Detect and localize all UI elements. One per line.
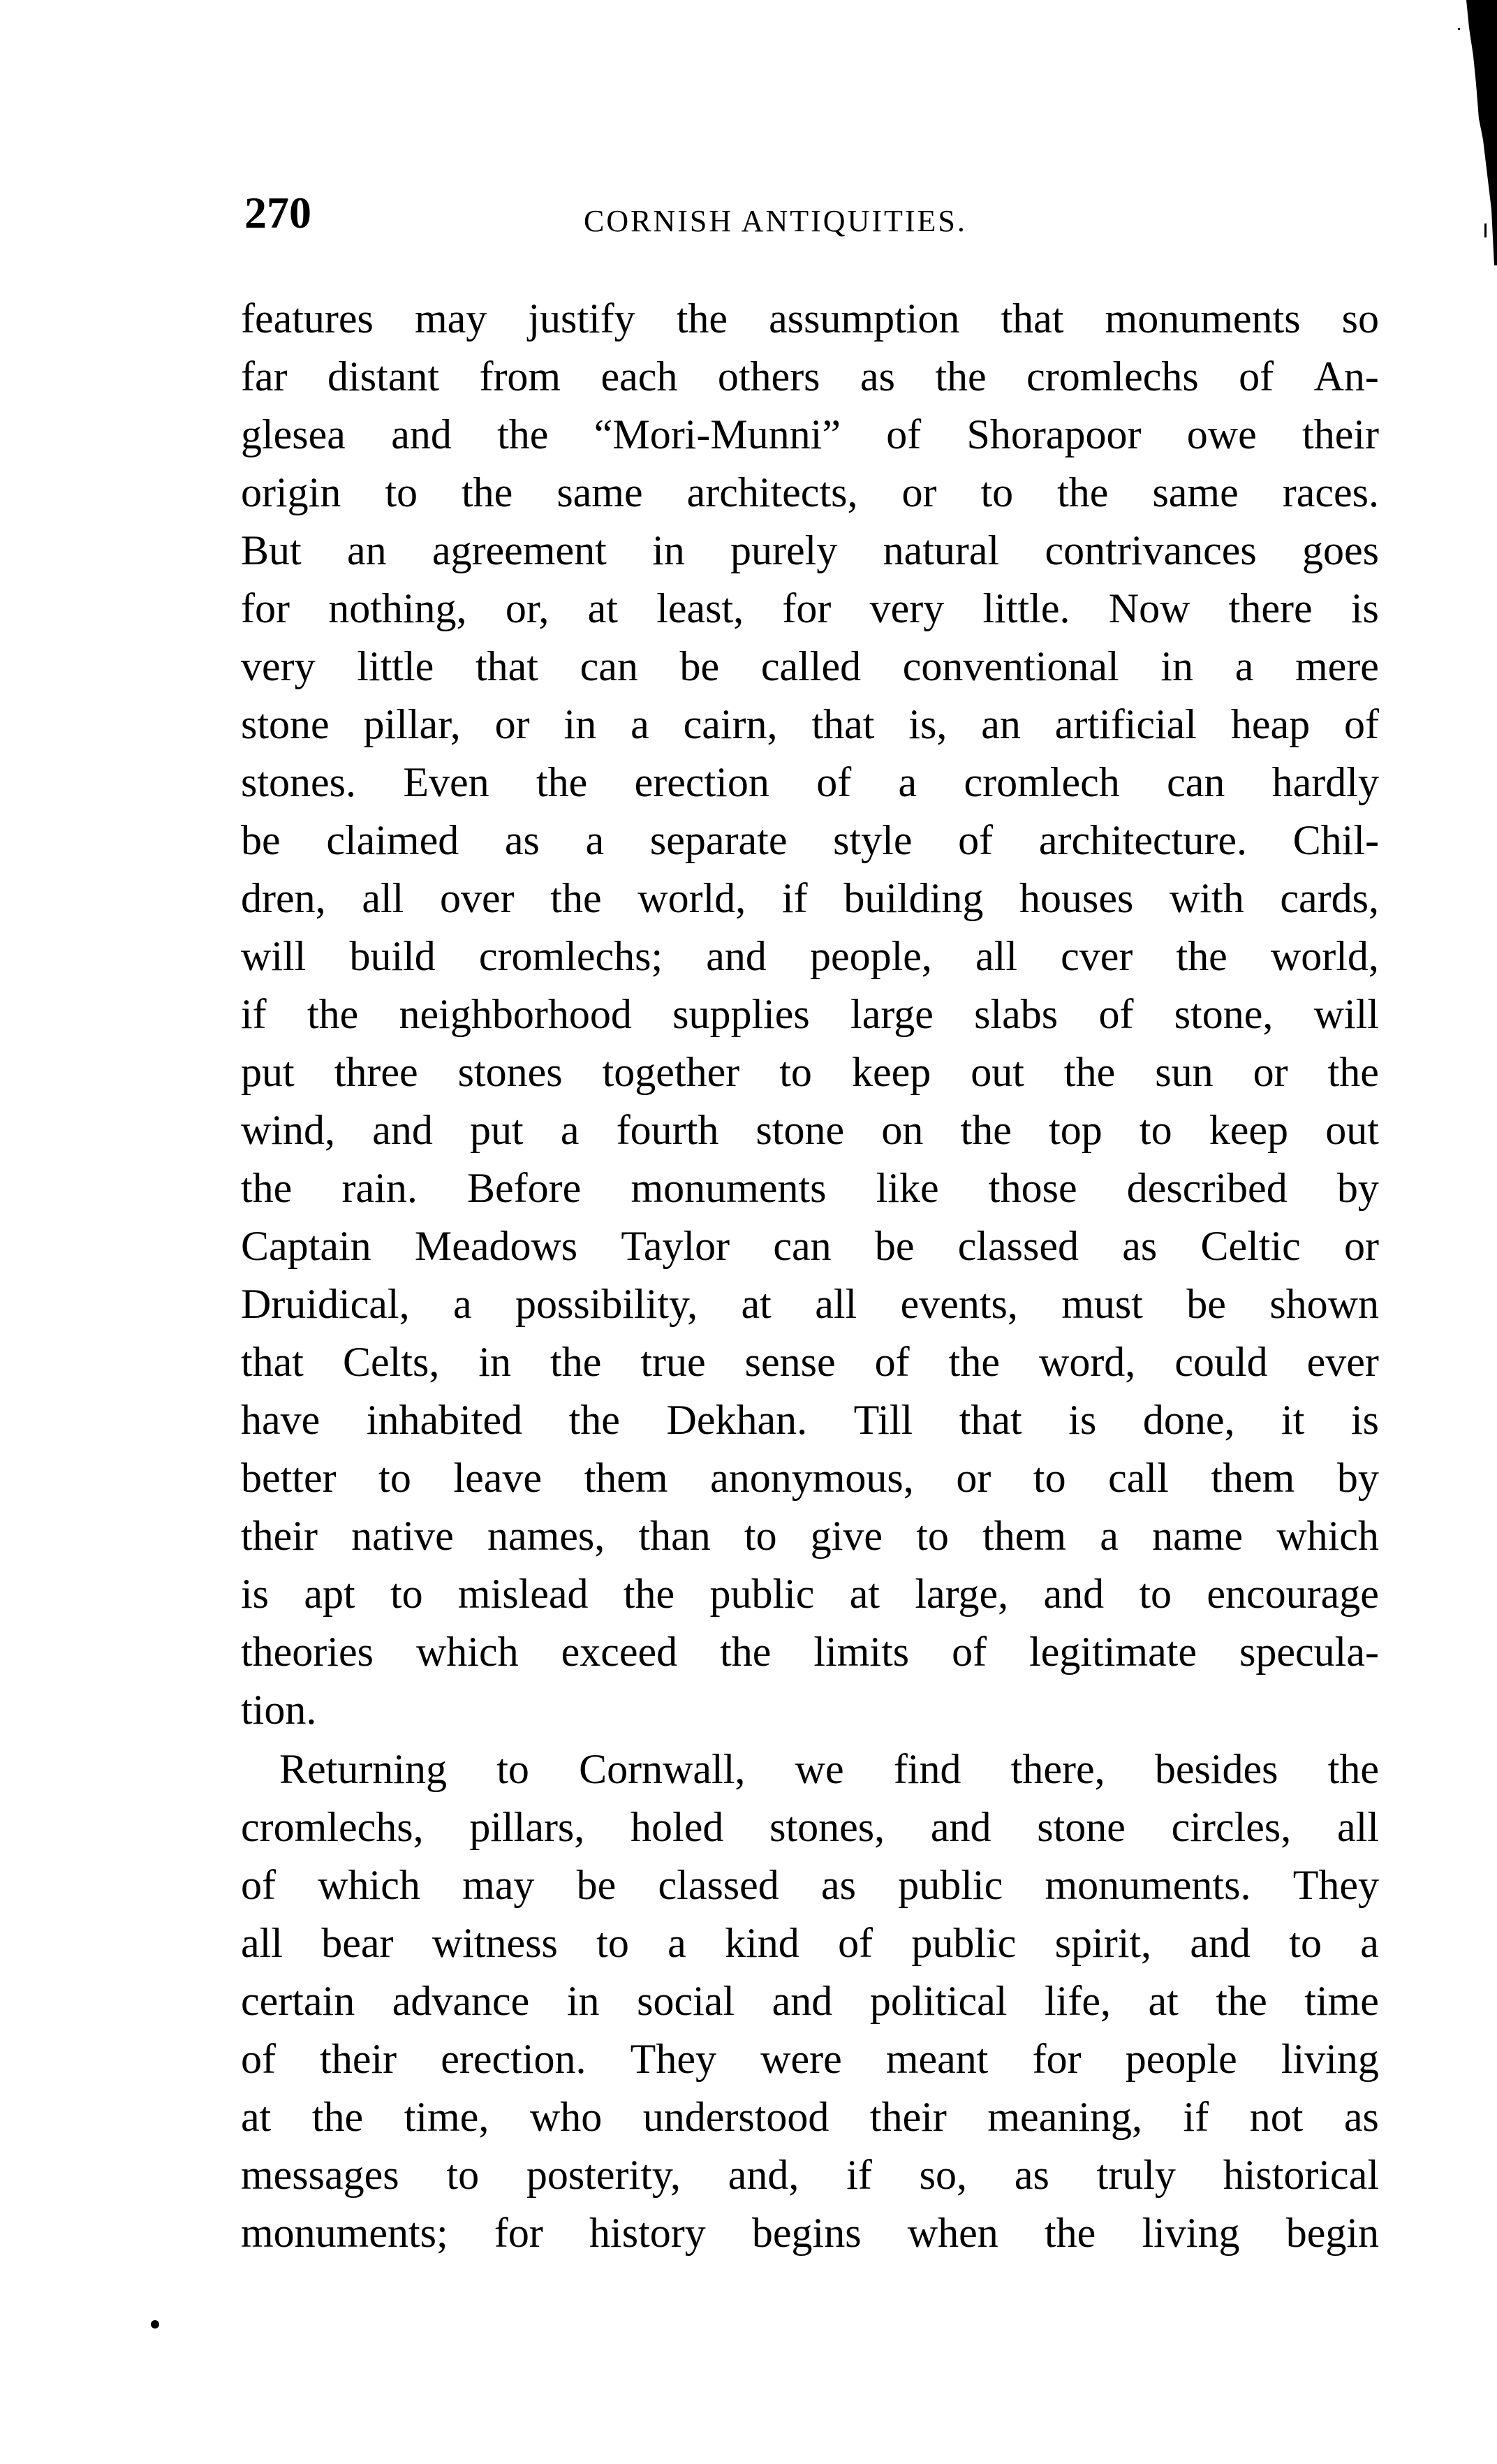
- text-line: CaptainMeadowsTaylorcanbeclassedasCeltic…: [241, 1217, 1379, 1275]
- text-line: tion.: [241, 1681, 1379, 1739]
- text-line: putthreestonestogethertokeepoutthesunort…: [241, 1043, 1379, 1101]
- text-line: messagestoposterity,and,ifso,astrulyhist…: [241, 2146, 1379, 2204]
- text-line: isapttomisleadthepublicatlarge,andtoenco…: [241, 1565, 1379, 1623]
- text-line: Druidical,apossibility,atallevents,mustb…: [241, 1275, 1379, 1333]
- text-line: Butanagreementinpurelynaturalcontrivance…: [241, 522, 1379, 580]
- text-line: wind,andputafourthstoneonthetoptokeepout: [241, 1101, 1379, 1159]
- text-line: fardistantfromeachothersasthecromlechsof…: [241, 348, 1379, 406]
- text-line: stones.Eventheerectionofacromlechcanhard…: [241, 754, 1379, 812]
- scan-edge-artifact: [1455, 0, 1497, 265]
- text-line: bettertoleavethemanonymous,ortocallthemb…: [241, 1449, 1379, 1507]
- text-line: willbuildcromlechs;andpeople,allcverthew…: [241, 927, 1379, 985]
- body-text: featuresmayjustifytheassumptionthatmonum…: [241, 290, 1379, 2262]
- running-head: CORNISH ANTIQUITIES.: [584, 203, 967, 240]
- text-line: dren,allovertheworld,ifbuildinghouseswit…: [241, 870, 1379, 927]
- text-line: origintothesamearchitects,ortothesamerac…: [241, 464, 1379, 522]
- paragraph-2: ReturningtoCornwall,wefindthere,besidest…: [241, 1740, 1379, 2262]
- text-line: theirnativenames,thantogivetothemanamewh…: [241, 1507, 1379, 1565]
- text-line: gleseaandthe“Mori-Munni”ofShorapooroweth…: [241, 406, 1379, 464]
- text-line: verylittlethatcanbecalledconventionalina…: [241, 638, 1379, 696]
- text-line: oftheirerection.Theyweremeantforpeopleli…: [241, 2030, 1379, 2088]
- text-line: allbearwitnesstoakindofpublicspirit,andt…: [241, 1914, 1379, 1972]
- text-line: therain.Beforemonumentslikethosedescribe…: [241, 1159, 1379, 1217]
- text-line: monuments;forhistorybeginswhenthelivingb…: [241, 2204, 1379, 2262]
- text-line: certainadvanceinsocialandpoliticallife,a…: [241, 1972, 1379, 2030]
- text-line: atthetime,whounderstoodtheirmeaning,ifno…: [241, 2088, 1379, 2146]
- scan-dot-artifact: [151, 2320, 159, 2329]
- text-line: thatCelts,inthetruesenseoftheword,coulde…: [241, 1333, 1379, 1391]
- text-line: ofwhichmaybeclassedaspublicmonuments.The…: [241, 1856, 1379, 1914]
- text-line: featuresmayjustifytheassumptionthatmonum…: [241, 290, 1379, 348]
- text-line: haveinhabitedtheDekhan.Tillthatisdone,it…: [241, 1391, 1379, 1449]
- text-line: ReturningtoCornwall,wefindthere,besidest…: [241, 1740, 1379, 1798]
- text-line: cromlechs,pillars,holedstones,andstoneci…: [241, 1798, 1379, 1856]
- text-line: stonepillar,orinacairn,thatis,anartifici…: [241, 696, 1379, 754]
- text-line: fornothing,or,atleast,forverylittle.Nowt…: [241, 580, 1379, 638]
- text-line: theorieswhichexceedthelimitsoflegitimate…: [241, 1623, 1379, 1681]
- paragraph-1: featuresmayjustifytheassumptionthatmonum…: [241, 290, 1379, 1739]
- page-number: 270: [244, 189, 311, 237]
- text-line: beclaimedasaseparatestyleofarchitecture.…: [241, 812, 1379, 870]
- text-line: iftheneighborhoodsupplieslargeslabsofsto…: [241, 985, 1379, 1043]
